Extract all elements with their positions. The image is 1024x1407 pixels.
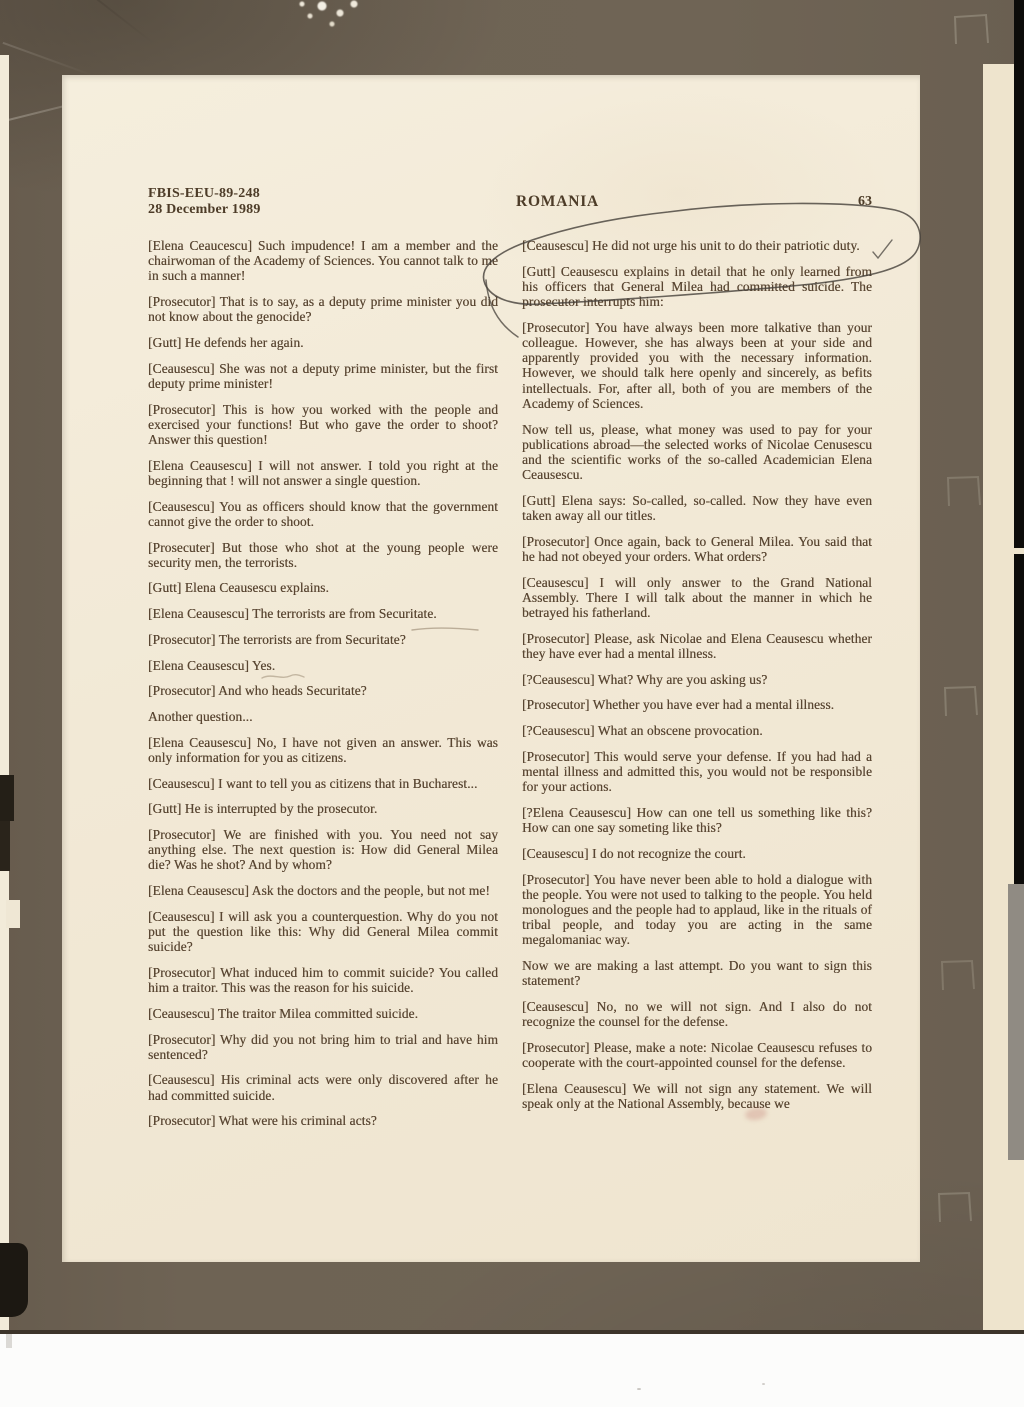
transcript-paragraph: [Prosecutor] Once again, back to General…	[522, 534, 872, 564]
transcript-paragraph: [Prosecutor] This would serve your defen…	[522, 749, 872, 795]
scan-fleck	[637, 1388, 641, 1390]
scan-edge-mark	[0, 821, 10, 871]
transcript-paragraph: [Gutt] Elena Ceausescu explains.	[148, 580, 498, 595]
transcript-paragraph: [Prosecuter] But those who shot at the y…	[148, 540, 498, 570]
scan-edge-mark	[0, 1243, 28, 1317]
transcript-paragraph: Another question...	[148, 709, 498, 724]
transcript-paragraph: Now tell us, please, what money was used…	[522, 422, 872, 483]
transcript-paragraph: [Ceausescu] I want to tell you as citize…	[148, 776, 498, 791]
page-edge-sliver-left	[0, 55, 9, 1330]
right-column: [Ceausescu] He did not urge his unit to …	[522, 238, 872, 1139]
scan-edge-mark	[0, 775, 14, 821]
scan-fleck	[6, 1334, 12, 1348]
transcript-paragraph: [Elena Ceausescu] No, I have not given a…	[148, 735, 498, 765]
page-title: ROMANIA	[363, 193, 752, 211]
transcript-paragraph: [Prosecutor] Please, ask Nicolae and Ele…	[522, 631, 872, 661]
transcript-paragraph: [Elena Ceausescu] The terrorists are fro…	[148, 606, 498, 621]
transcript-paragraph: [Gutt] Ceausescu explains in detail that…	[522, 264, 872, 310]
crease-line	[58, 0, 155, 45]
transcript-paragraph: [Ceausescu] She was not a deputy prime m…	[148, 361, 498, 391]
transcript-paragraph: [Ceausescu] I will only answer to the Gr…	[522, 575, 872, 621]
transcript-paragraph: [Gutt] He defends her again.	[148, 335, 498, 350]
transcript-paragraph: [Prosecutor] We are finished with you. Y…	[148, 827, 498, 873]
transcript-paragraph: [Elena Ceausescu] Yes.	[148, 658, 498, 673]
doc-date: 28 December 1989	[148, 202, 363, 218]
transcript-paragraph: [Elena Ceausescu] I will not answer. I t…	[148, 458, 498, 488]
doc-id-and-date: FBIS-EEU-89-248 28 December 1989	[148, 186, 363, 217]
transcript-paragraph: [Prosecutor] What induced him to commit …	[148, 965, 498, 995]
scan-fleck	[762, 1383, 765, 1385]
scanned-document-screenshot: FBIS-EEU-89-248 28 December 1989 ROMANIA…	[0, 0, 1024, 1407]
transcript-paragraph: [Prosecutor] Whether you have ever had a…	[522, 697, 872, 712]
transcript-paragraph: [Elena Ceaucescu] Such impudence! I am a…	[148, 238, 498, 284]
transcript-paragraph: [Gutt] Elena says: So-called, so-called.…	[522, 493, 872, 523]
transcript-paragraph: [Prosecutor] This is how you worked with…	[148, 402, 498, 448]
scanner-strip	[1014, 0, 1024, 548]
transcript-paragraph: [Ceausescu] No, no we will not sign. And…	[522, 999, 872, 1029]
transcript-paragraph: [Ceausescu] I do not recognize the court…	[522, 846, 872, 861]
page-header: FBIS-EEU-89-248 28 December 1989 ROMANIA…	[148, 186, 872, 217]
transcript-paragraph: [Prosecutor] Please, make a note: Nicola…	[522, 1040, 872, 1070]
transcript-paragraph: [Ceausescu] He did not urge his unit to …	[522, 238, 872, 253]
transcript-paragraph: Now we are making a last attempt. Do you…	[522, 958, 872, 988]
scanner-strip-gray	[1008, 884, 1024, 1160]
transcript-paragraph: [Ceausescu] The traitor Milea committed …	[148, 1006, 498, 1021]
transcript-paragraph: [Elena Ceausescu] We will not sign any s…	[522, 1081, 872, 1111]
scan-artifact	[6, 900, 20, 928]
page-number: 63	[752, 194, 872, 210]
transcript-paragraph: [Ceausescu] His criminal acts were only …	[148, 1072, 498, 1102]
transcript-paragraph: [Prosecutor] And who heads Securitate?	[148, 683, 498, 698]
transcript-paragraph: [Prosecutor] You have always been more t…	[522, 320, 872, 411]
transcript-paragraph: [Ceausescu] I will ask you a counterques…	[148, 909, 498, 955]
transcript-paragraph: [Prosecutor] What were his criminal acts…	[148, 1113, 498, 1128]
transcript-paragraph: [?Ceausescu] What an obscene provocation…	[522, 723, 872, 738]
transcript-paragraph: [Prosecutor] That is to say, as a deputy…	[148, 294, 498, 324]
crease-line	[3, 42, 93, 76]
transcript-paragraph: [Gutt] He is interrupted by the prosecut…	[148, 801, 498, 816]
transcript-paragraph: [Ceausescu] You as officers should know …	[148, 499, 498, 529]
scan-backdrop: FBIS-EEU-89-248 28 December 1989 ROMANIA…	[0, 0, 1024, 1334]
white-speckle-marks	[292, 0, 372, 36]
two-column-body: [Elena Ceaucescu] Such impudence! I am a…	[148, 238, 872, 1139]
transcript-paragraph: [Prosecutor] Why did you not bring him t…	[148, 1032, 498, 1062]
transcript-paragraph: [?Ceausescu] What? Why are you asking us…	[522, 672, 872, 687]
scanner-strip	[1014, 554, 1024, 884]
transcript-paragraph: [Elena Ceausescu] Ask the doctors and th…	[148, 883, 498, 898]
left-column: [Elena Ceaucescu] Such impudence! I am a…	[148, 238, 498, 1139]
transcript-paragraph: [?Elena Ceausescu] How can one tell us s…	[522, 805, 872, 835]
transcript-paragraph: [Prosecutor] The terrorists are from Sec…	[148, 632, 498, 647]
doc-id: FBIS-EEU-89-248	[148, 186, 363, 202]
paper-page: FBIS-EEU-89-248 28 December 1989 ROMANIA…	[62, 75, 920, 1262]
transcript-paragraph: [Prosecutor] You have never been able to…	[522, 872, 872, 948]
